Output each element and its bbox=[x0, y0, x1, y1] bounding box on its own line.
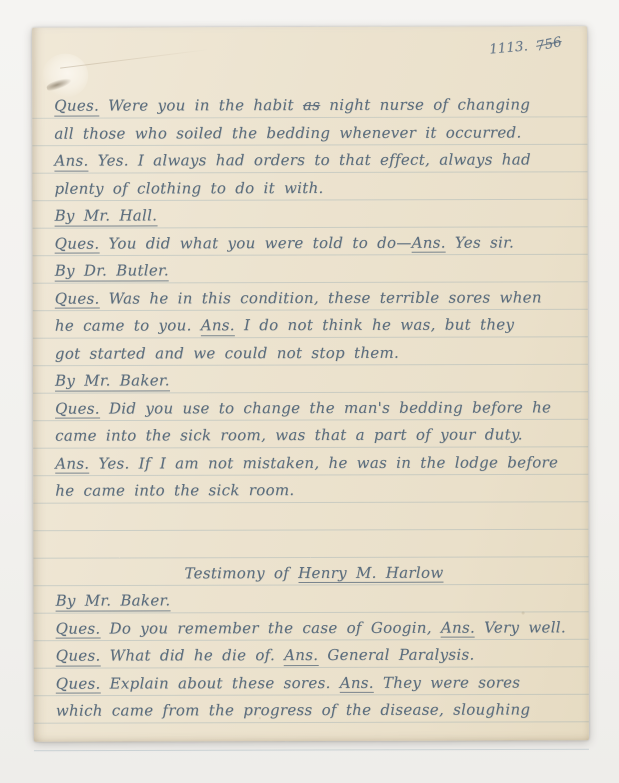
text-segment: Was he in this condition, these terrible… bbox=[100, 288, 542, 307]
text-segment: Ques. bbox=[55, 234, 100, 254]
text-segment: Ques. bbox=[56, 674, 101, 694]
text-segment: Ques. bbox=[56, 619, 101, 639]
text-segment: What did he die of. bbox=[100, 646, 284, 664]
page-number-primary: 1113. bbox=[488, 38, 528, 57]
text-segment: Do you remember the case of Googin, bbox=[100, 618, 440, 637]
text-segment: Ques. bbox=[54, 97, 99, 117]
text-segment: came into the sick room, was that a part… bbox=[55, 425, 523, 444]
text-segment: Ques. bbox=[56, 647, 101, 667]
text-segment: By Mr. Hall. bbox=[55, 206, 158, 226]
text-segment: By Mr. Baker. bbox=[56, 591, 171, 611]
text-segment: Ques. bbox=[55, 399, 100, 419]
text-segment: Ans. bbox=[441, 618, 475, 638]
handwritten-line: got started and we could not stop them. bbox=[55, 337, 572, 366]
text-segment: which came from the progress of the dise… bbox=[56, 700, 531, 719]
text-segment: By Dr. Butler. bbox=[55, 261, 169, 281]
text-segment: Yes sir. bbox=[446, 233, 514, 251]
handwritten-line bbox=[55, 530, 572, 559]
paper-crease bbox=[60, 49, 209, 69]
text-segment: Very well. bbox=[475, 618, 566, 636]
text-segment: I do not think he was, but they bbox=[235, 315, 514, 334]
handwritten-line: Ques. What did he die of. Ans. General P… bbox=[56, 640, 573, 669]
page-number: 1113.756 bbox=[488, 35, 562, 57]
scanned-page: 1113.756 Ques. Were you in the habit as … bbox=[32, 26, 589, 741]
text-segment: got started and we could not stop them. bbox=[55, 343, 399, 362]
text-segment: By Mr. Baker. bbox=[55, 371, 170, 391]
handwritten-line: Ques. You did what you were told to do—A… bbox=[55, 227, 572, 256]
handwritten-text-block: Ques. Were you in the habit as night nur… bbox=[54, 90, 573, 724]
text-segment: he came into the sick room. bbox=[55, 481, 294, 500]
handwritten-line bbox=[55, 502, 572, 531]
scanner-background: 1113.756 Ques. Were you in the habit as … bbox=[0, 0, 619, 783]
handwritten-line: Ques. Was he in this condition, these te… bbox=[55, 282, 572, 311]
text-segment: Ans. bbox=[340, 673, 374, 693]
handwritten-line: Ques. Did you use to change the man's be… bbox=[55, 392, 572, 421]
text-segment: plenty of clothing to do it with. bbox=[54, 178, 323, 197]
text-segment: Explain about these sores. bbox=[101, 673, 340, 692]
handwritten-line: which came from the progress of the dise… bbox=[56, 695, 573, 724]
page-number-secondary-struck: 756 bbox=[534, 34, 562, 55]
text-segment: They were sores bbox=[374, 673, 520, 691]
text-segment: Ques. bbox=[55, 289, 100, 309]
text-segment: Did you use to change the man's bedding … bbox=[100, 398, 551, 417]
text-segment: Ans. bbox=[54, 152, 88, 172]
handwritten-line: By Dr. Butler. bbox=[55, 255, 572, 284]
handwritten-line: Ques. Were you in the habit as night nur… bbox=[54, 90, 571, 119]
text-segment: Ans. bbox=[55, 454, 89, 474]
text-segment: You did what you were told to do— bbox=[99, 233, 411, 252]
text-segment: Were you in the habit bbox=[99, 96, 303, 115]
handwritten-line: Ans. Yes. I always had orders to that ef… bbox=[54, 145, 571, 174]
text-segment: as bbox=[303, 96, 320, 114]
handwritten-line: came into the sick room, was that a part… bbox=[55, 420, 572, 449]
handwritten-line: By Mr. Hall. bbox=[55, 200, 572, 229]
text-segment: night nurse of changing bbox=[320, 95, 530, 114]
handwritten-line: Ques. Do you remember the case of Googin… bbox=[56, 612, 573, 641]
handwritten-line: Ans. Yes. If I am not mistaken, he was i… bbox=[55, 447, 572, 476]
handwritten-line: plenty of clothing to do it with. bbox=[54, 172, 571, 201]
text-segment: Testimony of bbox=[184, 564, 298, 582]
handwritten-line: he came into the sick room. bbox=[55, 475, 572, 504]
text-segment: General Paralysis. bbox=[318, 646, 474, 664]
text-segment: all those who soiled the bedding wheneve… bbox=[54, 123, 521, 142]
text-segment: Henry M. Harlow bbox=[298, 563, 443, 583]
text-segment: Ans. bbox=[284, 646, 318, 666]
text-segment: Yes. I always had orders to that effect,… bbox=[89, 150, 531, 169]
handwritten-line: all those who soiled the bedding wheneve… bbox=[54, 117, 571, 146]
handwritten-line: Testimony of Henry M. Harlow bbox=[55, 557, 572, 586]
handwritten-line: By Mr. Baker. bbox=[56, 585, 573, 614]
handwritten-line: By Mr. Baker. bbox=[55, 365, 572, 394]
handwritten-line: he came to you. Ans. I do not think he w… bbox=[55, 310, 572, 339]
handwritten-line: Ques. Explain about these sores. Ans. Th… bbox=[56, 667, 573, 696]
text-segment: Ans. bbox=[201, 316, 235, 336]
text-segment: Yes. If I am not mistaken, he was in the… bbox=[89, 453, 558, 472]
text-segment: he came to you. bbox=[55, 316, 201, 334]
text-segment: Ans. bbox=[412, 233, 446, 253]
